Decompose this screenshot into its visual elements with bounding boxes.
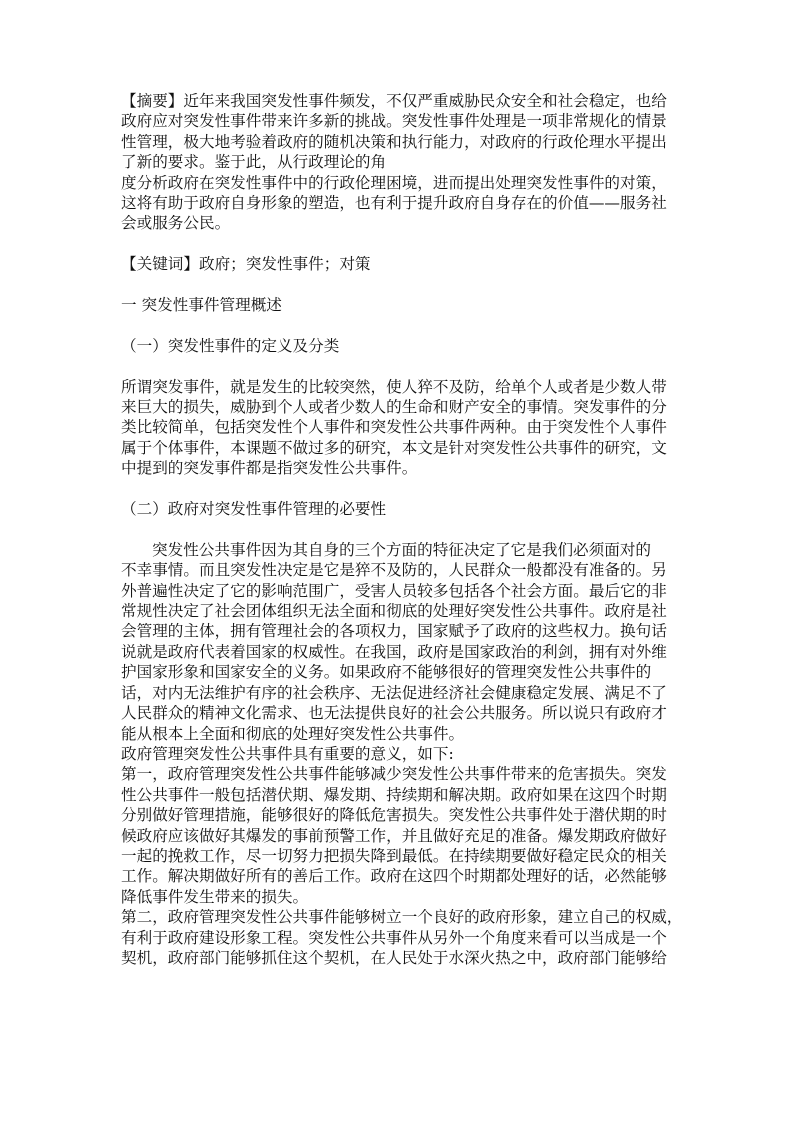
body-line: 来巨大的损失，威胁到个人或者少数人的生命和财产安全的事情。突发事件的分: [121, 397, 679, 417]
body-line: 契机，政府部门能够抓住这个契机，在人民处于水深火热之中，政府部门能够给: [121, 948, 679, 968]
point-2-paragraph: 第二，政府管理突发性公共事件能够树立一个良好的政府形象，建立自己的权威， 有利于…: [121, 907, 679, 968]
subsection-heading: （二）政府对突发性事件管理的必要性: [121, 499, 679, 519]
abstract-line: 性管理，极大地考验着政府的随机决策和执行能力，对政府的行政伦理水平提出: [121, 132, 679, 152]
keywords-line: 【关键词】政府；突发性事件；对策: [121, 254, 679, 274]
section-1-heading: 一 突发性事件管理概述: [121, 295, 679, 315]
body-line: 外普遍性决定了它的影响范围广，受害人员较多包括各个社会方面。最后它的非: [121, 581, 679, 601]
spacer: [121, 479, 679, 499]
body-line: 工作。解决期做好所有的善后工作。政府在这四个时期都处理好的话，必然能够: [121, 866, 679, 886]
point-1-paragraph: 第一，政府管理突发性公共事件能够减少突发性公共事件带来的危害损失。突发 性公共事…: [121, 764, 679, 907]
spacer: [121, 519, 679, 539]
abstract-line: 这将有助于政府自身形象的塑造，也有利于提升政府自身存在的价值——服务社: [121, 193, 679, 213]
spacer: [121, 356, 679, 376]
body-line: 不幸事情。而且突发性决定是它是猝不及防的，人民群众一般都没有准备的。另: [121, 560, 679, 580]
abstract-line: 政府应对突发性事件带来许多新的挑战。突发性事件处理是一项非常规化的情景: [121, 111, 679, 131]
body-line: 分别做好管理措施，能够很好的降低危害损失。突发性公共事件处于潜伏期的时: [121, 805, 679, 825]
keywords-paragraph: 【关键词】政府；突发性事件；对策: [121, 254, 679, 274]
body-line: 一起的挽救工作，尽一切努力把损失降到最低。在持续期要做好稳定民众的相关: [121, 846, 679, 866]
body-line: 护国家形象和国家安全的义务。如果政府不能够很好的管理突发性公共事件的: [121, 662, 679, 682]
body-line: 说就是政府代表着国家的权威性。在我国，政府是国家政治的利剑，拥有对外维: [121, 642, 679, 662]
document-page: 【摘要】近年来我国突发性事件频发，不仅严重威胁民众安全和社会稳定，也给 政府应对…: [121, 91, 679, 968]
necessity-paragraph: 突发性公共事件因为其自身的三个方面的特征决定了它是我们必须面对的 不幸事情。而且…: [121, 540, 679, 744]
section-heading: 一 突发性事件管理概述: [121, 295, 679, 315]
definition-paragraph: 所谓突发事件，就是发生的比较突然，使人猝不及防，给单个人或者是少数人带 来巨大的…: [121, 377, 679, 479]
abstract-line: 了新的要求。鉴于此，从行政理论的角: [121, 152, 679, 172]
significance-intro: 政府管理突发性公共事件具有重要的意义，如下:: [121, 744, 679, 764]
body-line: 常规性决定了社会团体组织无法全面和彻底的处理好突发性公共事件。政府是社: [121, 601, 679, 621]
body-line: 突发性公共事件因为其自身的三个方面的特征决定了它是我们必须面对的: [121, 540, 679, 560]
body-line: 所谓突发事件，就是发生的比较突然，使人猝不及防，给单个人或者是少数人带: [121, 377, 679, 397]
body-line: 有利于政府建设形象工程。突发性公共事件从另外一个角度来看可以当成是一个: [121, 928, 679, 948]
body-line: 第一，政府管理突发性公共事件能够减少突发性公共事件带来的危害损失。突发: [121, 764, 679, 784]
body-line: 人民群众的精神文化需求、也无法提供良好的社会公共服务。所以说只有政府才: [121, 703, 679, 723]
spacer: [121, 234, 679, 254]
body-line: 候政府应该做好其爆发的事前预警工作，并且做好充足的准备。爆发期政府做好: [121, 826, 679, 846]
spacer: [121, 315, 679, 335]
abstract-line: 度分析政府在突发性事件中的行政伦理困境，进而提出处理突发性事件的对策，: [121, 173, 679, 193]
abstract-paragraph: 【摘要】近年来我国突发性事件频发，不仅严重威胁民众安全和社会稳定，也给 政府应对…: [121, 91, 679, 234]
body-line: 属于个体事件，本课题不做过多的研究，本文是针对突发性公共事件的研究，文: [121, 438, 679, 458]
body-line: 中提到的突发事件都是指突发性公共事件。: [121, 458, 679, 478]
subsection-2-heading: （二）政府对突发性事件管理的必要性: [121, 499, 679, 519]
spacer: [121, 275, 679, 295]
abstract-line: 【摘要】近年来我国突发性事件频发，不仅严重威胁民众安全和社会稳定，也给: [121, 91, 679, 111]
abstract-line: 会或服务公民。: [121, 213, 679, 233]
body-line: 性公共事件一般包括潜伏期、爆发期、持续期和解决期。政府如果在这四个时期: [121, 785, 679, 805]
body-line: 政府管理突发性公共事件具有重要的意义，如下:: [121, 744, 679, 764]
body-line: 类比较简单，包括突发性个人事件和突发性公共事件两种。由于突发性个人事件: [121, 417, 679, 437]
body-line: 第二，政府管理突发性公共事件能够树立一个良好的政府形象，建立自己的权威，: [121, 907, 679, 927]
subsection-1-heading: （一）突发性事件的定义及分类: [121, 336, 679, 356]
body-line: 降低事件发生带来的损失。: [121, 887, 679, 907]
body-line: 话，对内无法维护有序的社会秩序、无法促进经济社会健康稳定发展、满足不了: [121, 683, 679, 703]
body-line: 能从根本上全面和彻底的处理好突发性公共事件。: [121, 724, 679, 744]
subsection-heading: （一）突发性事件的定义及分类: [121, 336, 679, 356]
body-line: 会管理的主体，拥有管理社会的各项权力，国家赋予了政府的这些权力。换句话: [121, 621, 679, 641]
